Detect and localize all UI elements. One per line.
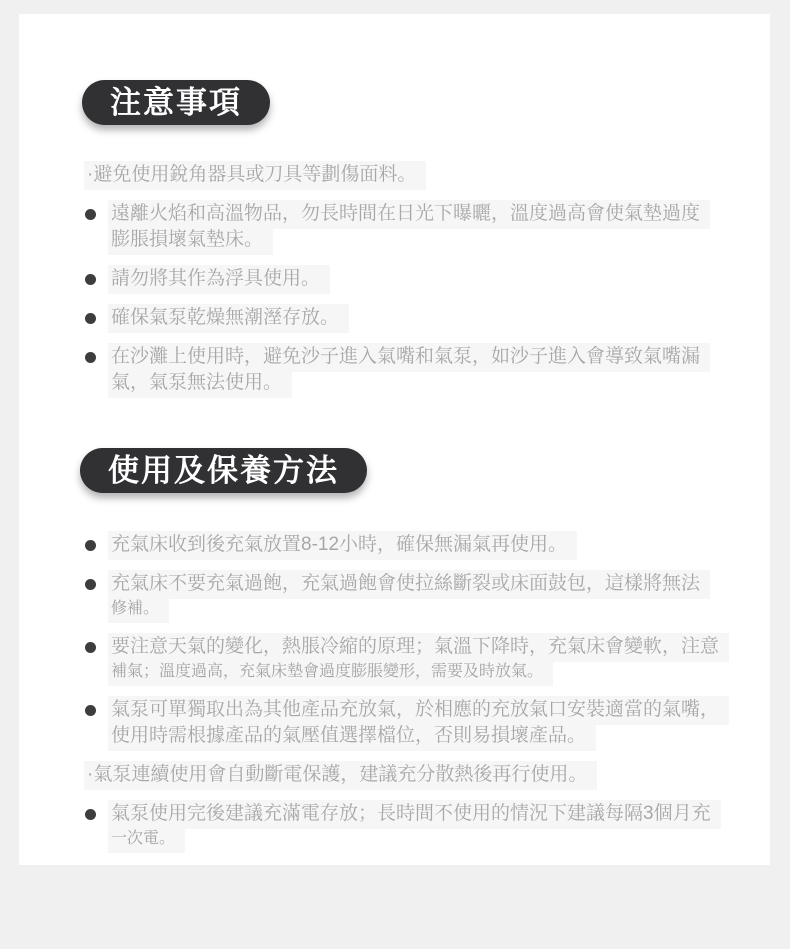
item-line: 膨脹損壞氣墊床。: [108, 226, 710, 255]
item-line: 遠離火焰和高溫物品，勿長時間在日光下曝曬，溫度過高會使氣墊過度: [108, 200, 710, 229]
bullet-icon: [85, 209, 96, 220]
item-line: 修補。: [108, 596, 710, 623]
list-item: 氣泵使用完後建議充滿電存放；長時間不使用的情況下建議每隔3個月充 一次電。: [82, 800, 730, 853]
item-line: ·氣泵連續使用會自動斷電保護，建議充分散熱後再行使用。: [84, 761, 597, 790]
section-title-pill: 注意事項: [82, 80, 270, 125]
section-precautions-list: ·避免使用銳角器具或刀具等劃傷面料。 遠離火焰和高溫物品，勿長時間在日光下曝曬，…: [82, 161, 730, 398]
item-line: 一次電。: [108, 826, 721, 853]
bullet-icon: [85, 352, 96, 363]
list-item: 遠離火焰和高溫物品，勿長時間在日光下曝曬，溫度過高會使氣墊過度 膨脹損壞氣墊床。: [82, 200, 730, 255]
content-card: 注意事項 ·避免使用銳角器具或刀具等劃傷面料。 遠離火焰和高溫物品，勿長時間在日…: [19, 14, 770, 865]
list-item: 在沙灘上使用時，避免沙子進入氣嘴和氣泵，如沙子進入會導致氣嘴漏 氣，氣泵無法使用…: [82, 343, 730, 398]
list-item: ·避免使用銳角器具或刀具等劃傷面料。: [82, 161, 730, 190]
item-line: 使用時需根據產品的氣壓值選擇檔位，否則易損壞產品。: [108, 722, 729, 751]
list-item: 充氣床不要充氣過飽，充氣過飽會使拉絲斷裂或床面鼓包，這樣將無法 修補。: [82, 570, 730, 623]
list-item: 請勿將其作為浮具使用。: [82, 265, 730, 294]
list-item: 確保氣泵乾燥無潮溼存放。: [82, 304, 730, 333]
item-line: 充氣床收到後充氣放置8-12小時，確保無漏氣再使用。: [108, 531, 577, 560]
bullet-icon: [85, 540, 96, 551]
bullet-icon: [85, 579, 96, 590]
item-line: 要注意天氣的變化，熱脹冷縮的原理；氣溫下降時，充氣床會變軟，注意: [108, 633, 729, 662]
item-line: 在沙灘上使用時，避免沙子進入氣嘴和氣泵，如沙子進入會導致氣嘴漏: [108, 343, 710, 372]
section-usage-care-list: 充氣床收到後充氣放置8-12小時，確保無漏氣再使用。 充氣床不要充氣過飽，充氣過…: [82, 531, 730, 853]
section-precautions-header: 注意事項: [82, 80, 730, 125]
bullet-icon: [85, 274, 96, 285]
list-item: 氣泵可單獨取出為其他產品充放氣，於相應的充放氣口安裝適當的氣嘴， 使用時需根據產…: [82, 696, 730, 751]
content-area: 注意事項 ·避免使用銳角器具或刀具等劃傷面料。 遠離火焰和高溫物品，勿長時間在日…: [19, 14, 770, 853]
bullet-icon: [85, 705, 96, 716]
item-line: 充氣床不要充氣過飽，充氣過飽會使拉絲斷裂或床面鼓包，這樣將無法: [108, 570, 710, 599]
list-item: 充氣床收到後充氣放置8-12小時，確保無漏氣再使用。: [82, 531, 730, 560]
section-usage-care-header: 使用及保養方法: [80, 448, 730, 493]
item-line: 補氣；溫度過高，充氣床墊會過度膨脹變形，需要及時放氣。: [108, 659, 729, 686]
bullet-icon: [85, 313, 96, 324]
bullet-icon: [85, 642, 96, 653]
list-item: 要注意天氣的變化，熱脹冷縮的原理；氣溫下降時，充氣床會變軟，注意 補氣；溫度過高…: [82, 633, 730, 686]
item-line: 請勿將其作為浮具使用。: [108, 265, 330, 294]
page-background: 注意事項 ·避免使用銳角器具或刀具等劃傷面料。 遠離火焰和高溫物品，勿長時間在日…: [0, 0, 790, 949]
list-item: ·氣泵連續使用會自動斷電保護，建議充分散熱後再行使用。: [82, 761, 730, 790]
item-line: 氣，氣泵無法使用。: [108, 369, 710, 398]
section-title-pill: 使用及保養方法: [80, 448, 367, 493]
item-line: 氣泵使用完後建議充滿電存放；長時間不使用的情況下建議每隔3個月充: [108, 800, 721, 829]
item-line: 確保氣泵乾燥無潮溼存放。: [108, 304, 349, 333]
bullet-icon: [85, 809, 96, 820]
item-line: 氣泵可單獨取出為其他產品充放氣，於相應的充放氣口安裝適當的氣嘴，: [108, 696, 729, 725]
item-line: ·避免使用銳角器具或刀具等劃傷面料。: [84, 161, 426, 190]
